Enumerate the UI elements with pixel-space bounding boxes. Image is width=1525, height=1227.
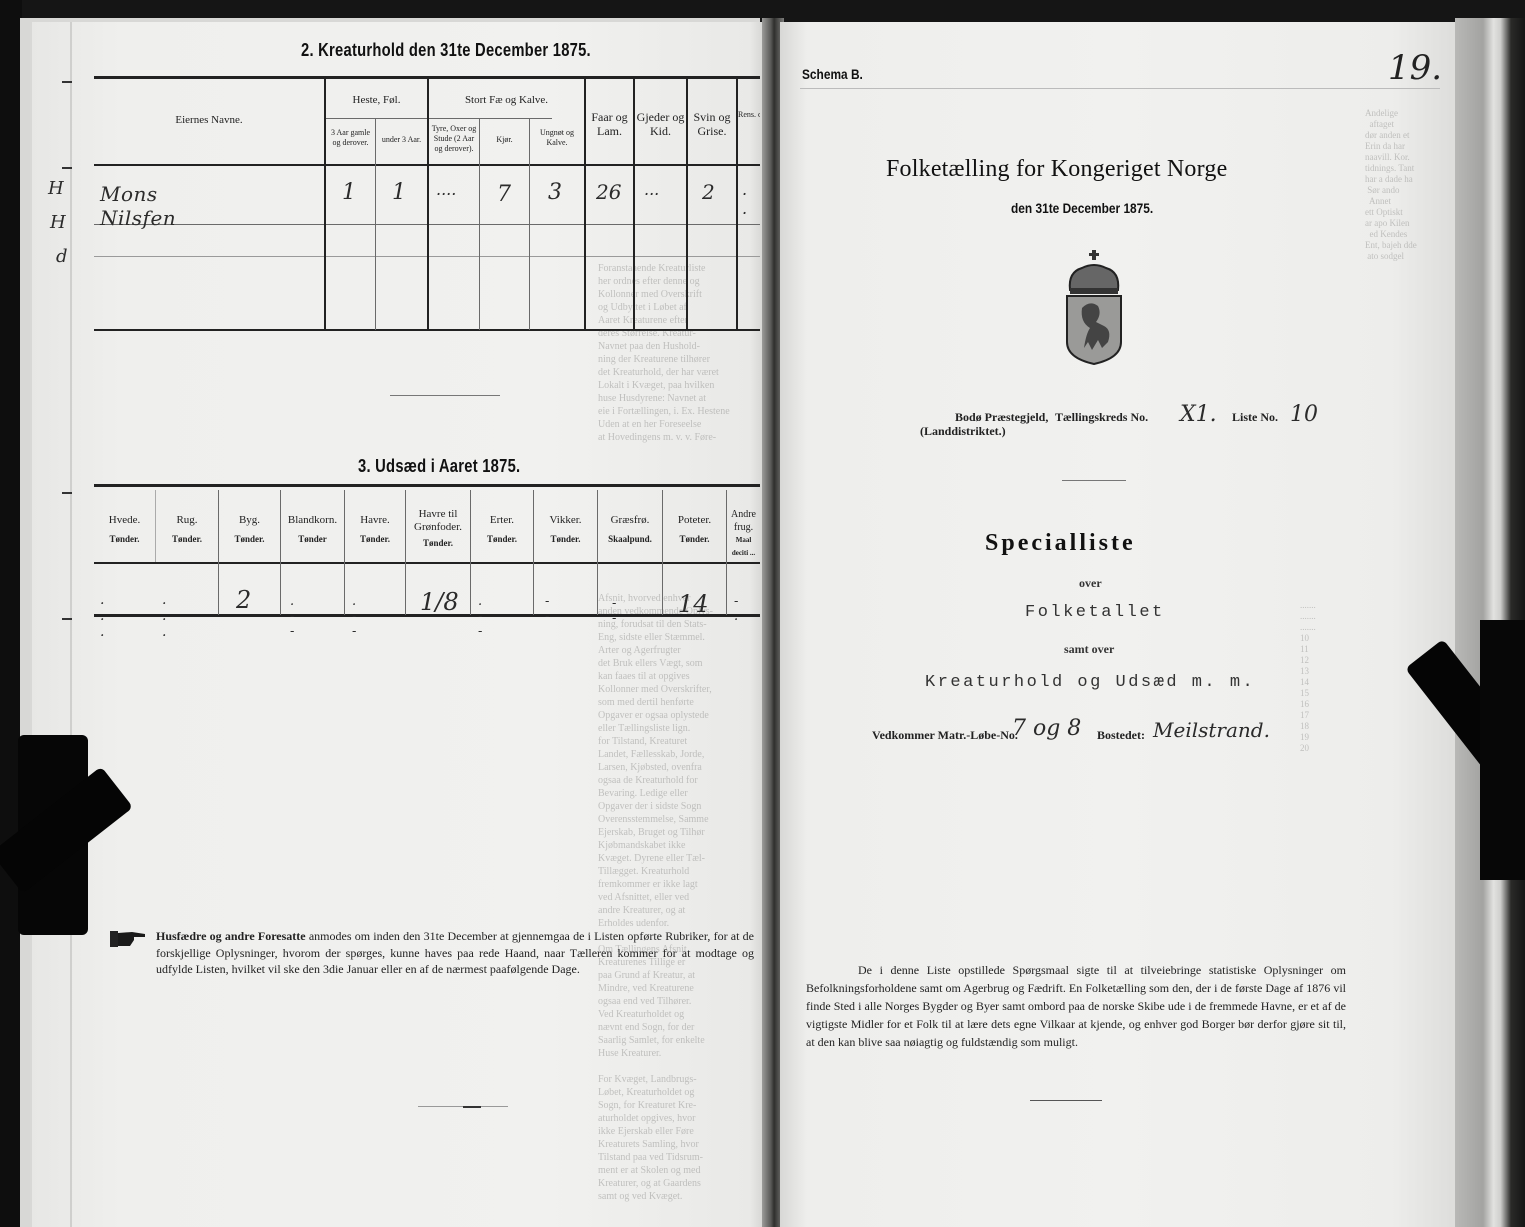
cell-young-calves: 3 [548, 180, 562, 205]
notice-paragraph: Husfædre og andre Foresatte anmodes om i… [156, 928, 754, 978]
matr-value: 7 og 8 [1012, 716, 1081, 741]
cell-horses-3plus: 1 [342, 180, 356, 205]
crop-label: Rug. [156, 514, 218, 527]
matr-label: Vedkommer Matr.-Løbe-No. [872, 728, 1018, 743]
bleed-through-text: Afsnit, hvorved enhver anden vedkommende… [598, 592, 713, 1203]
cell-vetch: - - [545, 594, 555, 624]
margin-tick [62, 492, 72, 494]
col-header-horses-3plus: 3 Aar gamle og derover. [326, 128, 375, 148]
unit-label: Tønder [281, 533, 344, 546]
header-rule [800, 88, 1440, 89]
census-title: Folketælling for Kongeriget Norge [886, 156, 1227, 183]
cell-pigs: 2 [702, 180, 715, 204]
crop-label: Græsfrø. [598, 514, 662, 527]
cell-cows: 7 [497, 182, 511, 207]
special-list-title: Specialliste [985, 530, 1136, 557]
list-label: Liste No. [1232, 410, 1278, 425]
column-divider-thin [662, 490, 663, 615]
crop-header-peas: Erter.Tønder. [471, 514, 533, 546]
livestock-section-title: 2. Kreaturhold den 31te December 1875. [301, 40, 591, 61]
unit-label: Maal deciti ... [727, 534, 760, 560]
col-header-young-calves: Ungnøt og Kalve. [530, 128, 584, 148]
parish-sub-label: (Landdistriktet.) [920, 424, 1006, 439]
schema-label: Schema B. [802, 66, 863, 82]
crop-header-other: Andre frug.Maal deciti ... [727, 508, 760, 560]
special-list-livestock-seed: Kreaturhold og Udsæd m. m. [925, 673, 1255, 692]
margin-annotation: H [50, 212, 66, 233]
crop-header-green-fodder-oats: Havre til Grønfoder.Tønder. [406, 508, 470, 550]
residence-value: Meilstrand. [1153, 718, 1270, 742]
cell-mixed-grain: . - - [290, 594, 298, 639]
cell-other: - . [734, 594, 738, 624]
col-header-horses-under3: under 3 Aar. [376, 135, 427, 145]
cell-rye: . . . [162, 592, 169, 640]
column-divider-thin [470, 490, 471, 615]
cell-green-fodder-oats: 1/8 [420, 588, 459, 616]
crop-header-barley: Byg.Tønder. [219, 514, 280, 546]
counting-district-label: Tællingskreds No. [1055, 410, 1148, 425]
col-header-pigs: Svin og Grise. [688, 110, 736, 138]
column-divider-thin [344, 490, 345, 615]
group-subheader-rule [326, 118, 552, 119]
cell-grass-seed: - - [612, 596, 624, 626]
crop-label: Hvede. [94, 514, 155, 527]
cell-peas: . - - [478, 594, 486, 639]
crop-header-vetch: Vikker.Tønder. [534, 514, 597, 546]
crop-label: Poteter. [663, 514, 726, 527]
crop-header-potatoes: Poteter.Tønder. [663, 514, 726, 546]
page-holder-clip-right-base [1480, 620, 1525, 880]
crop-header-wheat: Hvede.Tønder. [94, 514, 155, 546]
seed-section-title: 3. Udsæd i Aaret 1875. [358, 456, 520, 477]
col-header-sheep: Faar og Lam. [586, 110, 633, 138]
cell-barley: 2 [236, 586, 251, 614]
crop-header-mixed-grain: Blandkorn.Tønder [281, 514, 344, 546]
page-number: 19. [1388, 48, 1442, 88]
table-top-rule [94, 484, 760, 487]
unit-label: Tønder. [219, 533, 280, 546]
crop-label: Vikker. [534, 514, 597, 527]
list-value: 10 [1290, 402, 1318, 427]
notice-lead: Husfædre og andre Foresatte [156, 929, 306, 943]
margin-tick [62, 618, 72, 620]
unit-label: Tønder. [94, 533, 155, 546]
crop-label: Blandkorn. [281, 514, 344, 527]
header-bottom-rule [94, 562, 760, 564]
owner-header: Eiernes Navne. [94, 114, 324, 127]
residence-label: Bostedet: [1097, 728, 1145, 743]
unit-label: Tønder. [534, 533, 597, 546]
cell-wheat: . . . [100, 592, 107, 640]
column-divider-thin [218, 490, 219, 615]
separator-rule [1030, 1100, 1102, 1101]
horses-group-header: Heste, Føl. [326, 94, 427, 107]
parish-label: Bodø Præstegjeld, [955, 410, 1048, 425]
margin-tick [62, 167, 72, 169]
crop-header-oats: Havre.Tønder. [345, 514, 405, 546]
column-divider-thin [479, 118, 480, 330]
column-divider-thin [533, 490, 534, 615]
owner-name-cell: Mons Nilsfen [100, 182, 176, 230]
cell-oats: . - - [352, 594, 360, 639]
col-header-goats: Gjeder og Kid. [635, 110, 686, 138]
cell-potatoes: 14 [678, 590, 709, 618]
census-date: den 31te December 1875. [1011, 200, 1153, 216]
counting-district-value: X1. [1180, 402, 1217, 427]
unit-label: Tønder. [663, 533, 726, 546]
unit-label: Tønder. [406, 537, 470, 550]
margin-annotation: H [48, 178, 64, 199]
scan-left-edge [0, 0, 22, 1227]
column-divider-thin [375, 118, 376, 330]
column-divider-thin [597, 490, 598, 615]
crop-header-rye: Rug.Tønder. [156, 514, 218, 546]
cell-reindeer: . . [742, 180, 747, 218]
col-header-bulls-oxen: Tyre, Oxer og Stude (2 Aar og derover). [429, 124, 479, 154]
cell-bulls-oxen: .... [436, 180, 456, 199]
footer-paragraph: De i denne Liste opstillede Spørgsmaal s… [806, 961, 1346, 1051]
column-divider-thin [280, 490, 281, 615]
unit-label: Tønder. [345, 533, 405, 546]
separator-rule [390, 395, 500, 396]
unit-label: Tønder. [471, 533, 533, 546]
crop-label: Andre frug. [727, 508, 760, 534]
column-divider [324, 78, 326, 330]
separator-rule [1062, 480, 1126, 481]
column-divider [427, 78, 429, 330]
crop-label: Erter. [471, 514, 533, 527]
special-list-also-over: samt over [1064, 642, 1114, 657]
bleed-through-text: Foranstaaende Kreaturliste her ordnes ef… [598, 262, 730, 444]
cell-horses-under3: 1 [392, 180, 406, 205]
separator-mark [463, 1106, 481, 1108]
left-margin-line [70, 22, 72, 1227]
bleed-through-text: Andelige aftaget dør anden et Erin da ha… [1365, 108, 1417, 262]
unit-label: Skaalpund. [598, 533, 662, 546]
cell-sheep: 26 [596, 180, 621, 204]
special-list-over: over [1079, 576, 1102, 591]
cattle-group-header: Stort Fæ og Kalve. [429, 94, 584, 107]
crop-label: Byg. [219, 514, 280, 527]
col-header-cows: Kjør. [480, 135, 529, 145]
margin-annotation: d [56, 246, 68, 267]
special-list-population: Folketallet [1025, 603, 1165, 622]
coat-of-arms-icon [1062, 250, 1126, 365]
margin-tick [62, 81, 72, 83]
col-header-reindeer: Rens. og Renk. [738, 110, 760, 120]
pointing-hand-icon [110, 928, 146, 950]
column-divider-thin [529, 118, 530, 330]
crop-header-grass-seed: Græsfrø.Skaalpund. [598, 514, 662, 546]
crop-label: Havre til Grønfoder. [406, 508, 470, 534]
bleed-through-text: ....... ....... ....... 10 11 12 13 14 1… [1300, 600, 1316, 754]
cell-goats: ... [644, 180, 659, 199]
crop-label: Havre. [345, 514, 405, 527]
unit-label: Tønder. [156, 533, 218, 546]
